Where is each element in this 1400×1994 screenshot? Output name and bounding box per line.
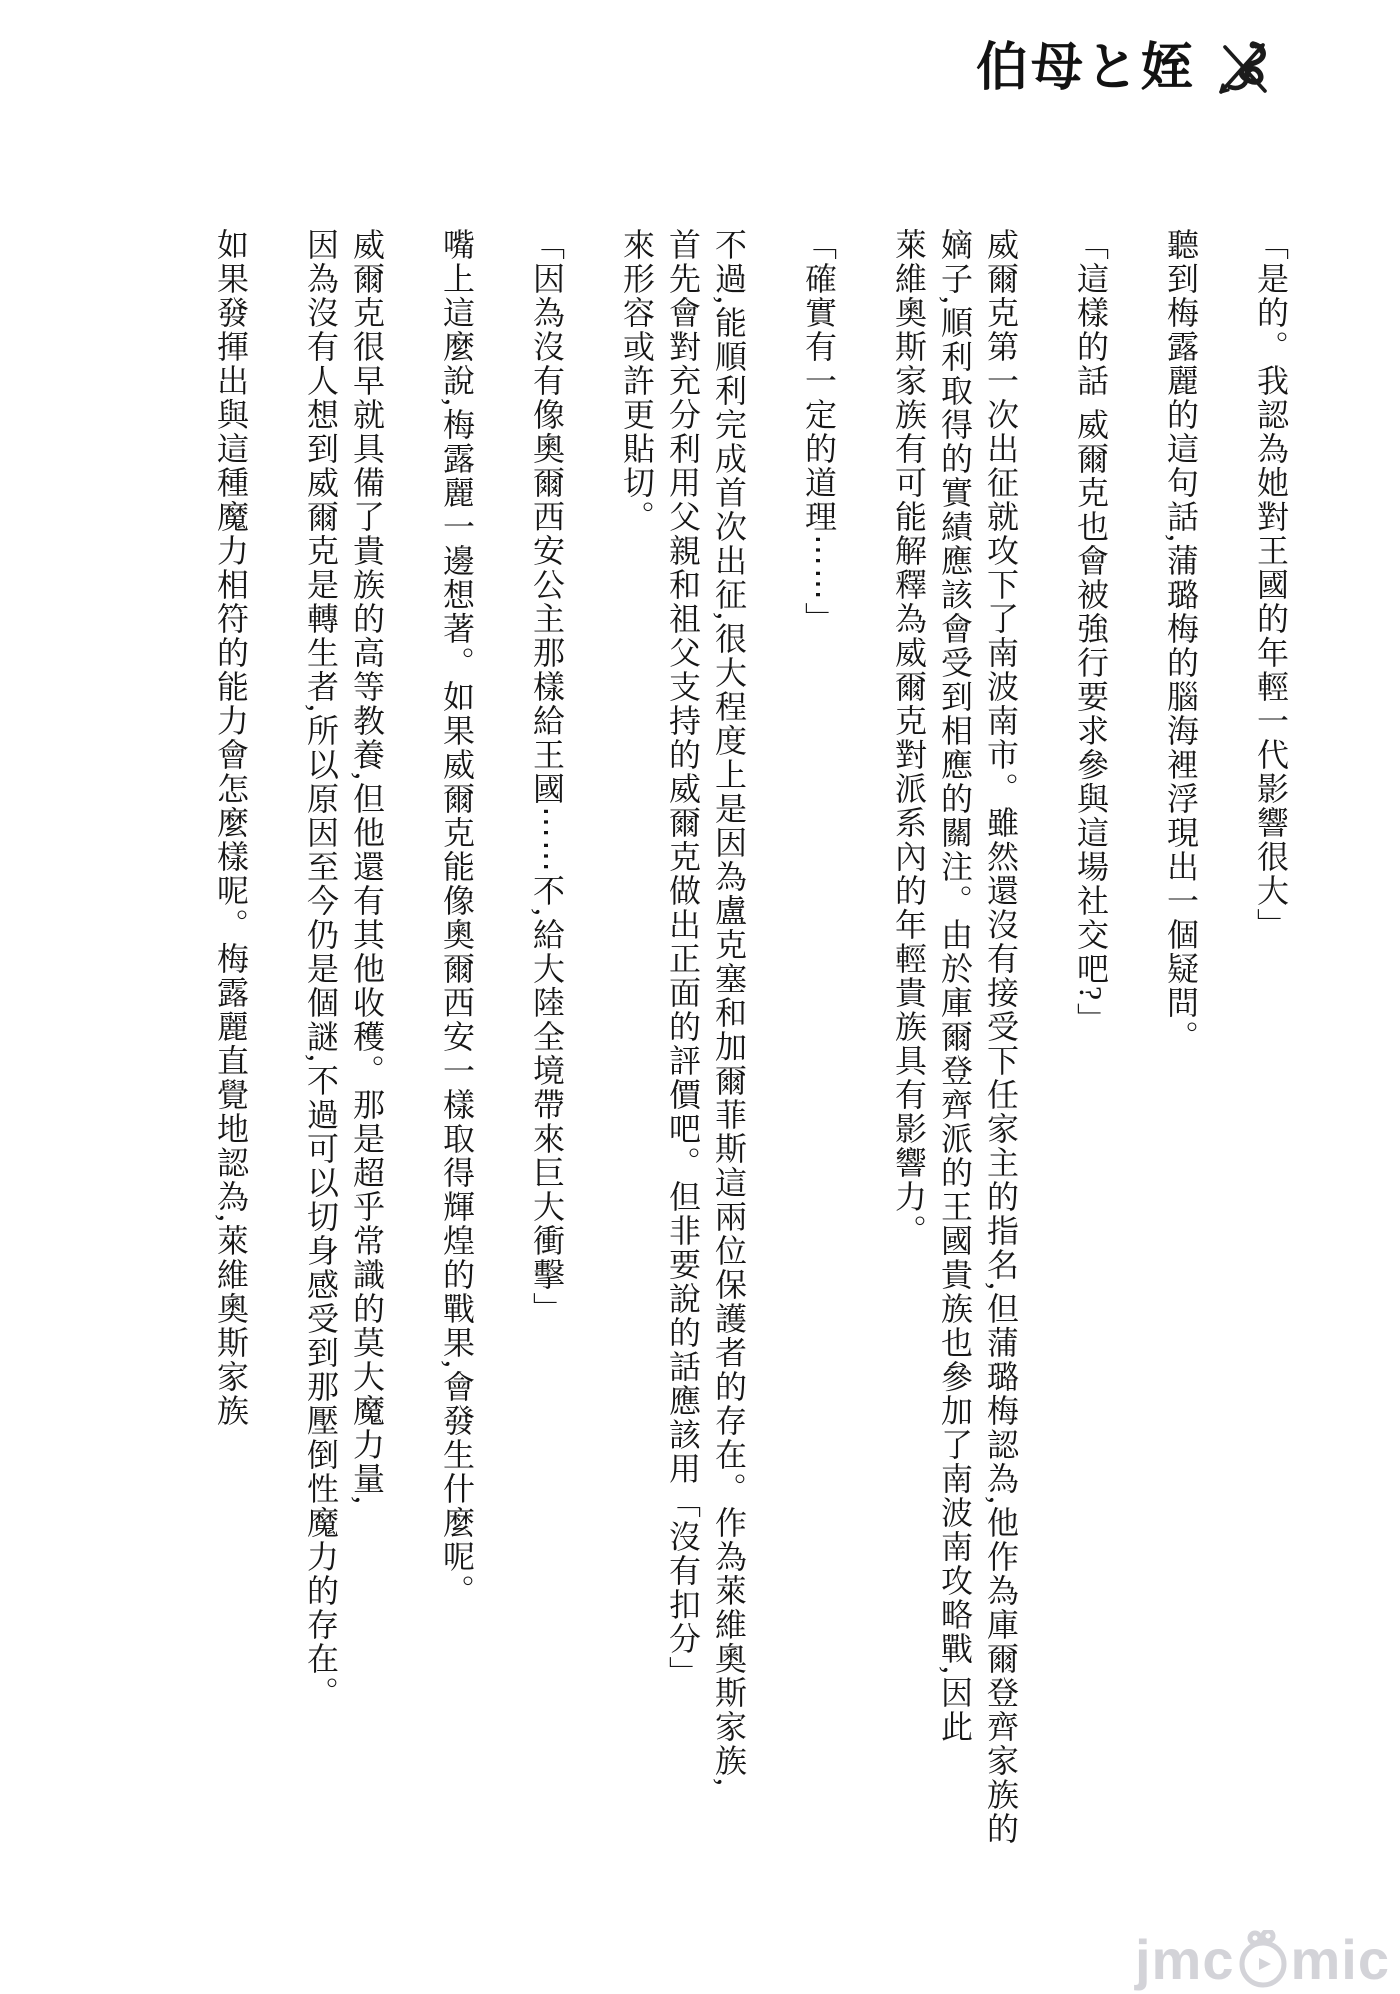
snake-head bbox=[1250, 42, 1257, 49]
text-line: 「因為沒有像奧爾西安公主那樣給王國⋯⋯不,給大陸全境帶來巨大衝擊」 bbox=[524, 228, 570, 1928]
text-line: 「是的。我認為她對王國的年輕一代影響很大」 bbox=[1248, 228, 1294, 1928]
text-line: 「確實有一定的道理⋯⋯」 bbox=[796, 228, 842, 1928]
paragraph-dialogue: 「確實有一定的道理⋯⋯」 bbox=[796, 228, 842, 1928]
paragraph-dialogue: 「因為沒有像奧爾西安公主那樣給王國⋯⋯不,給大陸全境帶來巨大衝擊」 bbox=[524, 228, 570, 1928]
paragraph-narration: 如果發揮出與這種魔力相符的能力會怎麼樣呢。梅露麗直覺地認為,萊維奧斯家族 bbox=[208, 228, 254, 1928]
text-line: 不過,能順利完成首次出征,很大程度上是因為盧克塞和加爾菲斯這兩位保護者的存在。作… bbox=[706, 228, 752, 1928]
paragraph-dialogue: 「是的。我認為她對王國的年輕一代影響很大」 bbox=[1248, 228, 1294, 1928]
text-line: 嘴上這麼說,梅露麗一邊想著。如果威爾克能像奧爾西安一樣取得輝煌的戰果,會發生什麼… bbox=[434, 228, 480, 1928]
text-line: 萊維奧斯家族有可能解釋為威爾克對派系內的年輕貴族具有影響力。 bbox=[886, 228, 932, 1928]
text-line: 威爾克很早就具備了貴族的高等教養,但他還有其他收穫。那是超乎常識的莫大魔力量, bbox=[344, 228, 390, 1928]
paragraph-narration: 不過,能順利完成首次出征,很大程度上是因為盧克塞和加爾菲斯這兩位保護者的存在。作… bbox=[614, 228, 752, 1928]
page-header: 伯母と姪 bbox=[976, 38, 1274, 100]
paragraph-dialogue: 「這樣的話 威爾克也會被強行要求參與這場社交吧?」 bbox=[1068, 228, 1114, 1928]
paragraph-narration: 威爾克第一次出征就攻下了南波南市。雖然還沒有接受下任家主的指名,但蒲璐梅認為,他… bbox=[886, 228, 1024, 1928]
vertical-text-block: 「是的。我認為她對王國的年輕一代影響很大」聽到梅露麗的這句話,蒲璐梅的腦海裡浮現… bbox=[104, 228, 1294, 1928]
novel-page: 伯母と姪 「是的。我認為她對王國的年輕一代影響很大」聽到梅露麗的這句話,蒲璐梅的… bbox=[0, 0, 1400, 1994]
chapter-title: 伯母と姪 bbox=[976, 43, 1196, 95]
mascot-o-icon bbox=[1235, 1930, 1291, 1990]
text-line: 「這樣的話 威爾克也會被強行要求參與這場社交吧?」 bbox=[1068, 228, 1114, 1928]
text-line: 因為沒有人想到威爾克是轉生者,所以原因至今仍是個謎,不過可以切身感受到那壓倒性魔… bbox=[298, 228, 344, 1928]
watermark-logo: jmc mic bbox=[1135, 1930, 1390, 1990]
paragraph-narration: 聽到梅露麗的這句話,蒲璐梅的腦海裡浮現出一個疑問。 bbox=[1158, 228, 1204, 1928]
text-line: 來形容或許更貼切。 bbox=[614, 228, 660, 1928]
text-line: 如果發揮出與這種魔力相符的能力會怎麼樣呢。梅露麗直覺地認為,萊維奧斯家族 bbox=[208, 228, 254, 1928]
snake-spear-emblem-icon bbox=[1212, 38, 1274, 100]
watermark-text-right: mic bbox=[1291, 1932, 1391, 1988]
text-line: 嫡子,順利取得的實績應該會受到相應的關注。由於庫爾登齊派的王國貴族也參加了南波南… bbox=[932, 228, 978, 1928]
text-line: 威爾克第一次出征就攻下了南波南市。雖然還沒有接受下任家主的指名,但蒲璐梅認為,他… bbox=[978, 228, 1024, 1928]
watermark-text-left: jmc bbox=[1135, 1932, 1235, 1988]
paragraph-narration: 威爾克很早就具備了貴族的高等教養,但他還有其他收穫。那是超乎常識的莫大魔力量,因… bbox=[298, 228, 390, 1928]
paragraph-narration: 嘴上這麼說,梅露麗一邊想著。如果威爾克能像奧爾西安一樣取得輝煌的戰果,會發生什麼… bbox=[434, 228, 480, 1928]
text-line: 首先會對充分利用父親和祖父支持的威爾克做出正面的評價吧。但非要說的話應該用「沒有… bbox=[660, 228, 706, 1928]
text-line: 聽到梅露麗的這句話,蒲璐梅的腦海裡浮現出一個疑問。 bbox=[1158, 228, 1204, 1928]
